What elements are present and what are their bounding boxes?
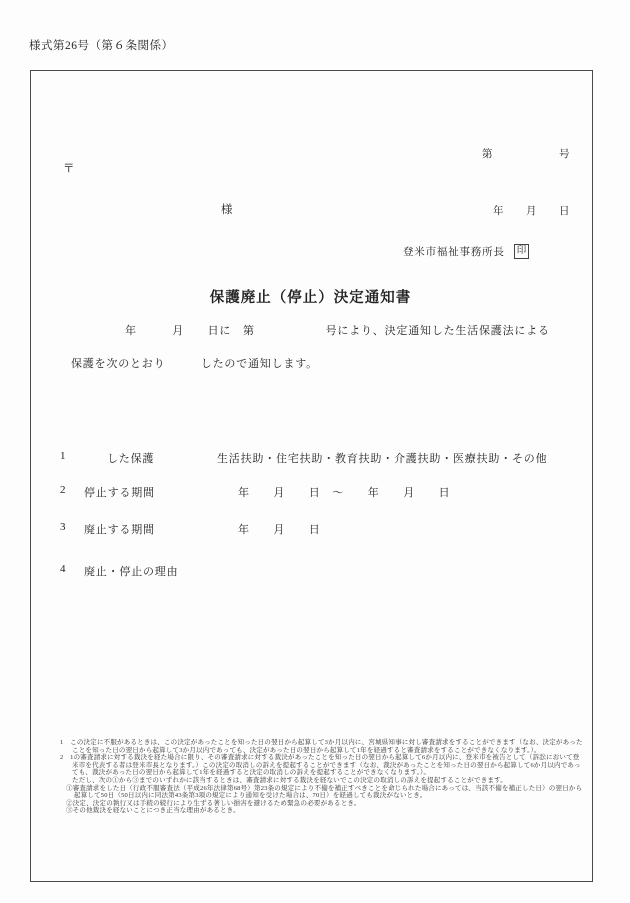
document-title: 保護廃止（停止）決定通知書 — [30, 286, 591, 307]
item-2-label: 停止する期間 — [84, 484, 155, 500]
note-line: 起算して50日（50日以内に同法第43条第3項の規定により通知を受けた場合は、7… — [74, 792, 584, 800]
header-number-date: 第 号 年 月 日 — [482, 107, 570, 259]
item-row-2: 2 停止する期間 年 月 日 ～ 年 月 日 — [0, 484, 630, 500]
item-row-3: 3 廃止する期間 年 月 日 — [0, 521, 630, 537]
document-date-line: 年 月 日 — [482, 202, 570, 221]
item-row-1: 1 した保護 生活扶助・住宅扶助・教育扶助・介護扶助・医療扶助・その他 — [0, 450, 630, 466]
note-line: ただし、次の①から③までのいずれかに該当するときは、審査請求に対する裁決を経ない… — [72, 777, 584, 785]
body-text-line-2: 保護を次のとおり したので通知します。 — [71, 355, 318, 371]
addressee-honorific: 様 — [221, 201, 234, 217]
note-line: 2 1の審査請求に対する裁決を経た場合に限り、その審査請求に対する裁決があったこ… — [60, 754, 584, 762]
note-line: 1 この決定に不服があるときは、この決定があったことを知った日の翌日から起算して… — [60, 739, 584, 747]
item-2-value: 年 月 日 ～ 年 月 日 — [238, 484, 450, 500]
body-text-line-1: 年 月 日に 第 号により、決定通知した生活保護法による — [125, 322, 550, 338]
note-line: ても、裁決があった日の翌日から起算して1年を経過すると決定の取消しの訴えを提起す… — [72, 769, 584, 777]
item-1-label: した保護 — [107, 450, 154, 466]
document-page: 様式第26号（第６条関係） 第 号 年 月 日 〒 様 登米市福祉事務所長 印 … — [0, 0, 630, 903]
item-3-value: 年 月 日 — [238, 521, 321, 537]
item-4-label: 廃止・停止の理由 — [84, 563, 178, 579]
item-1-value: 生活扶助・住宅扶助・教育扶助・介護扶助・医療扶助・その他 — [217, 450, 547, 466]
item-3-label: 廃止する期間 — [84, 521, 155, 537]
item-4-number: 4 — [60, 563, 66, 575]
form-number-label: 様式第26号（第６条関係） — [29, 37, 174, 53]
issuer-line: 登米市福祉事務所長 印 — [403, 244, 529, 259]
item-1-number: 1 — [60, 450, 66, 462]
postal-mark-icon: 〒 — [63, 160, 75, 176]
item-2-number: 2 — [60, 484, 66, 496]
document-number-line: 第 号 — [482, 145, 570, 164]
legal-notes-block: 1 この決定に不服があるときは、この決定があったことを知った日の翌日から起算して… — [60, 739, 584, 815]
item-3-number: 3 — [60, 521, 66, 533]
note-line: ③その他裁決を経ないことにつき正当な理由があるとき。 — [66, 807, 584, 815]
issuer-name: 登米市福祉事務所長 — [403, 244, 505, 259]
seal-mark-icon: 印 — [514, 244, 530, 259]
item-row-4: 4 廃止・停止の理由 — [0, 563, 630, 579]
